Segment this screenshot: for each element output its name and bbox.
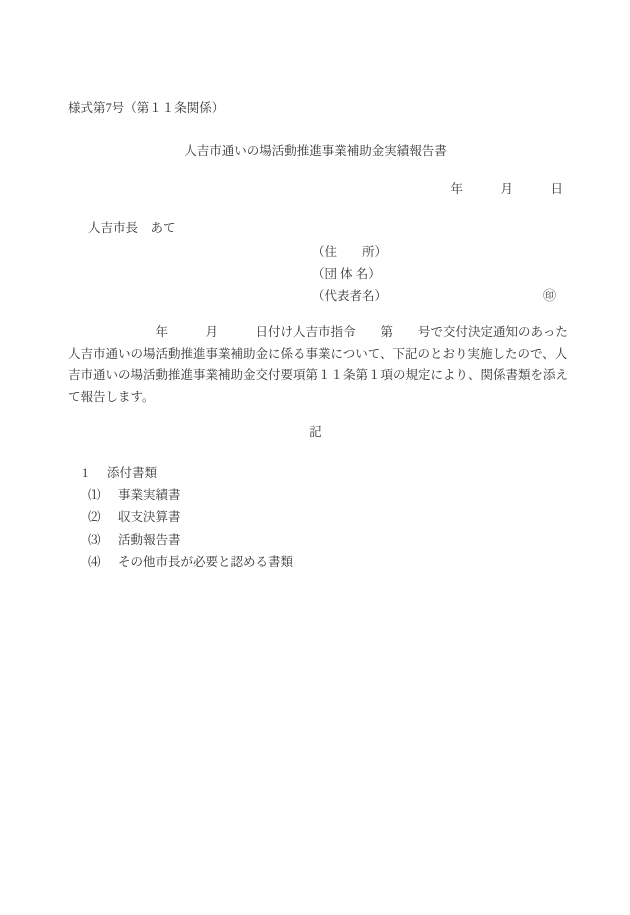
attachment-item-number: ⑷ <box>88 555 101 570</box>
attachment-item-number: ⑵ <box>88 510 101 525</box>
representative-label: （代表者名） <box>312 289 387 304</box>
document-title: 人吉市通いの場活動推進事業補助金実績報告書 <box>68 144 563 159</box>
organization-label: （団 体 名） <box>312 267 381 282</box>
body-line: 年 月 日付け人吉市指令 第 号で交付決定通知のあった <box>68 325 568 340</box>
record-marker: 記 <box>68 425 563 440</box>
addressee: 人吉市長 あて <box>88 221 176 236</box>
form-number: 様式第7号（第１１条関係） <box>68 101 224 116</box>
document-page: 様式第7号（第１１条関係） 人吉市通いの場活動推進事業補助金実績報告書 年 月 … <box>0 0 630 915</box>
attachment-item-number: ⑴ <box>88 488 101 503</box>
attachments-heading-number: 1 <box>82 466 88 481</box>
attachment-item-label: その他市長が必要と認める書類 <box>118 555 293 570</box>
body-line: 人吉市通いの場活動推進事業補助金に係る事業について、下記のとおり実施したので、人 <box>68 347 567 362</box>
attachment-item-label: 事業実績書 <box>118 488 181 503</box>
body-line: 吉市通いの場活動推進事業補助金交付要項第１１条第１項の規定により、関係書類を添え <box>68 368 568 383</box>
attachments-heading-label: 添付書類 <box>107 466 157 481</box>
body-line: て報告します。 <box>68 390 155 405</box>
date-line: 年 月 日 <box>68 182 563 197</box>
attachment-item-label: 収支決算書 <box>118 510 181 525</box>
address-label: （住 所） <box>312 245 387 260</box>
attachment-item-label: 活動報告書 <box>118 533 181 548</box>
attachment-item-number: ⑶ <box>88 533 101 548</box>
seal-mark-icon: ㊞ <box>543 285 556 304</box>
